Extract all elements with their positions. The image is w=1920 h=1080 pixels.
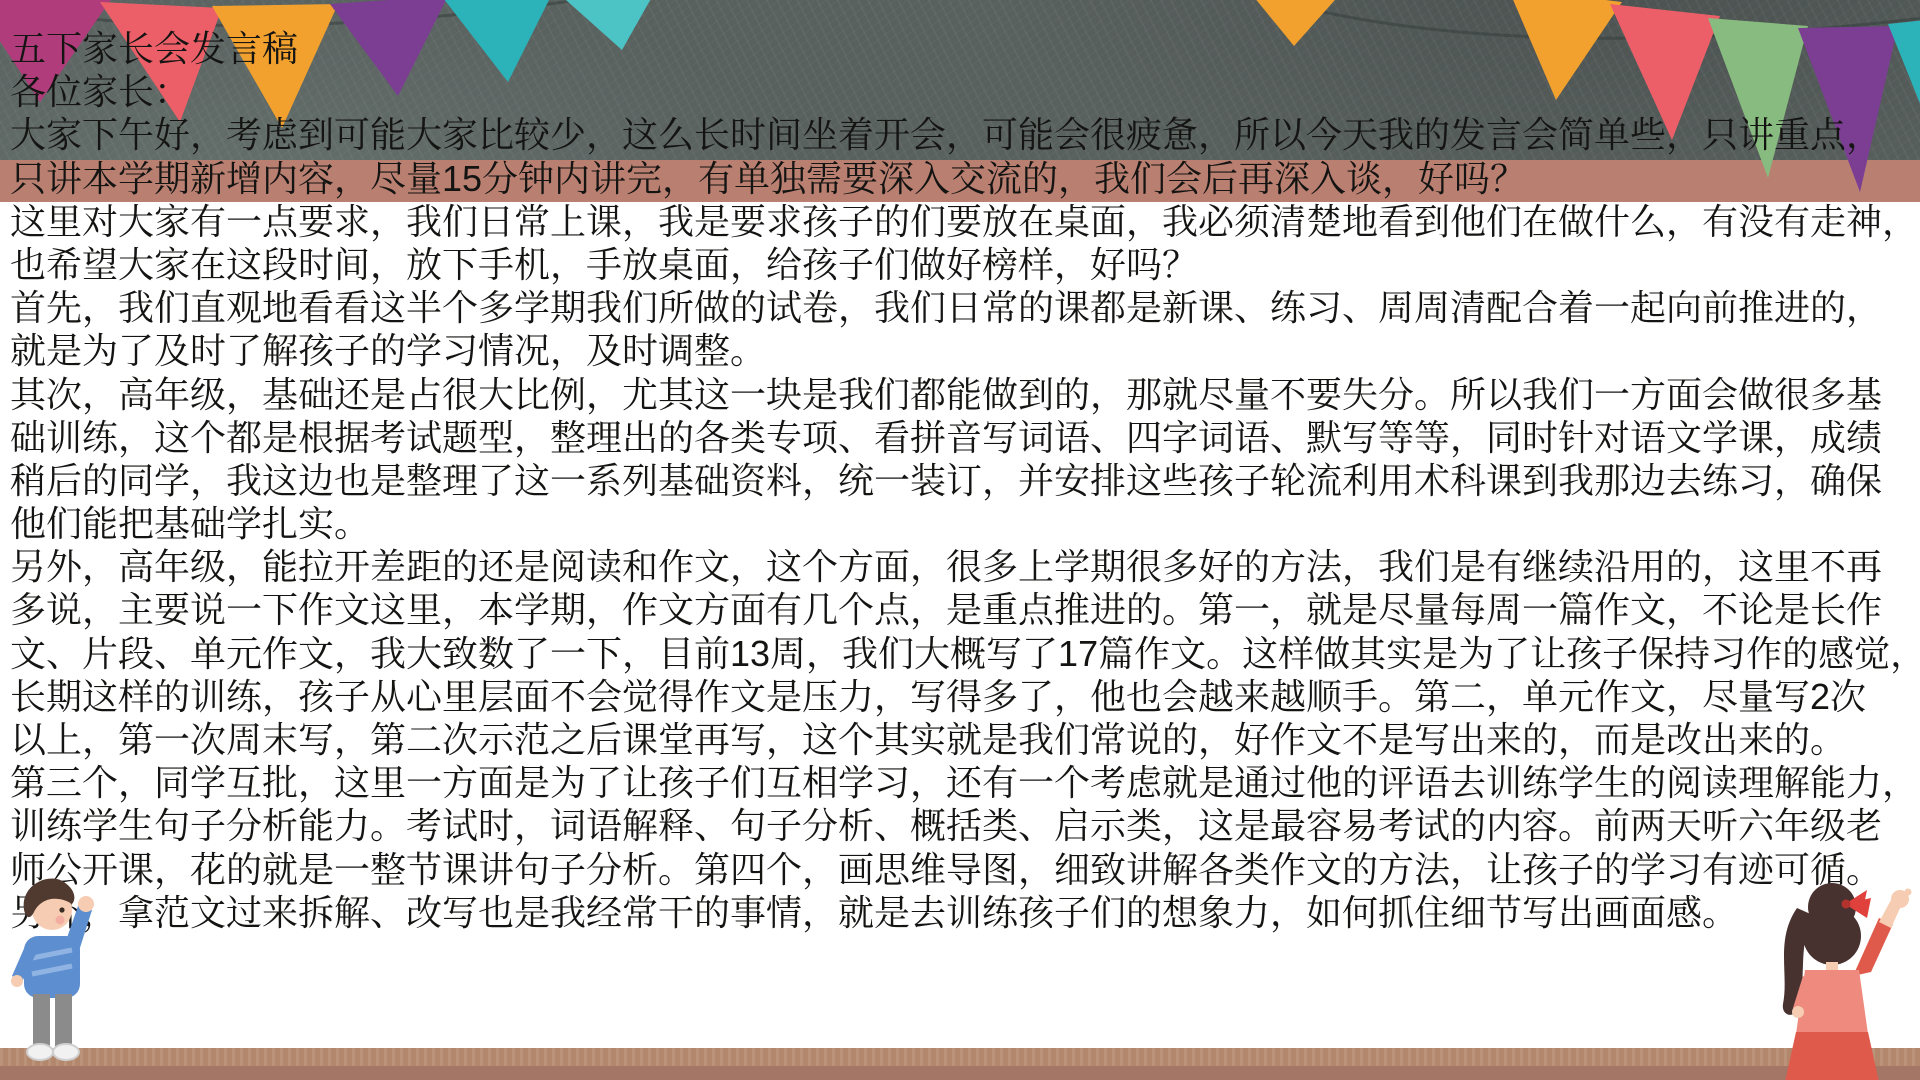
boy-hand: [78, 896, 94, 912]
slide: 五下家长会发言稿 各位家长： 大家下午好，考虑到可能大家比较少，这么长时间坐着开…: [0, 0, 1920, 1080]
highlighted-line: 只讲本学期新增内容，尽量15分钟内讲完，有单独需要深入交流的，我们会后再深入谈，…: [10, 157, 1915, 200]
girl-bow-knot: [1842, 900, 1851, 909]
text-line: 大家下午好，考虑到可能大家比较少，这么长时间坐着开会，可能会很疲惫，所以今天我的…: [10, 113, 1915, 156]
text-line: 另外，拿范文过来拆解、改写也是我经常干的事情，就是去训练孩子们的想象力，如何抓住…: [10, 891, 1915, 934]
text-line: 也希望大家在这段时间，放下手机，手放桌面，给孩子们做好榜样，好吗？: [10, 243, 1915, 286]
text-line: 首先，我们直观地看看这半个多学期我们所做的试卷，我们日常的课都是新课、练习、周周…: [10, 286, 1915, 329]
boy-shoe: [53, 1044, 79, 1060]
boy-shoe: [27, 1044, 53, 1060]
text-line: 以上，第一次周末写，第二次示范之后课堂再写，这个其实就是我们常说的，好作文不是写…: [10, 718, 1915, 761]
boy-eye: [59, 907, 64, 912]
boy-leg: [33, 994, 50, 1048]
floor-strip: [0, 1066, 1920, 1080]
speech-text: 五下家长会发言稿 各位家长： 大家下午好，考虑到可能大家比较少，这么长时间坐着开…: [10, 27, 1915, 934]
girl-illustration: [1735, 882, 1920, 1080]
text-line: 础训练，这个都是根据考试题型，整理出的各类专项、看拼音写词语、四字词语、默写等等…: [10, 416, 1915, 459]
girl-skirt: [1785, 1032, 1879, 1080]
text-line: 多说，主要说一下作文这里，本学期，作文方面有几个点，是重点推进的。第一，就是尽量…: [10, 588, 1915, 631]
text-line: 就是为了及时了解孩子的学习情况，及时调整。: [10, 329, 1915, 372]
boy-illustration: [2, 866, 122, 1078]
text-line: 其次，高年级，基础还是占很大比例，尤其这一块是我们都能做到的，那就尽量不要失分。…: [10, 373, 1915, 416]
text-line: 这里对大家有一点要求，我们日常上课，我是要求孩子的们要放在桌面，我必须清楚地看到…: [10, 200, 1915, 243]
text-line: 另外，高年级，能拉开差距的还是阅读和作文，这个方面，很多上学期很多好的方法，我们…: [10, 545, 1915, 588]
page-title: 五下家长会发言稿: [10, 27, 1915, 70]
text-line: 文、片段、单元作文，我大致数了一下，目前13周，我们大概写了17篇作文。这样做其…: [10, 632, 1915, 675]
girl-left-hand: [1792, 1006, 1804, 1018]
boy-blush: [56, 916, 65, 925]
text-line: 他们能把基础学扎实。: [10, 502, 1915, 545]
text-line: 训练学生句子分析能力。考试时，词语解释、句子分析、概括类、启示类，这是最容易考试…: [10, 804, 1915, 847]
girl-finger: [1905, 889, 1912, 896]
text-line: 长期这样的训练，孩子从心里层面不会觉得作文是压力，写得多了，他也会越来越顺手。第…: [10, 675, 1915, 718]
boy-leg: [55, 994, 72, 1048]
text-line: 第三个，同学互批，这里一方面是为了让孩子们互相学习，还有一个考虑就是通过他的评语…: [10, 761, 1915, 804]
salutation: 各位家长：: [10, 70, 1915, 113]
boy-left-hand: [11, 975, 23, 987]
text-line: 师公开课，花的就是一整节课讲句子分析。第四个，画思维导图，细致讲解各类作文的方法…: [10, 848, 1915, 891]
text-line: 稍后的同学，我这边也是整理了这一系列基础资料，统一装订，并安排这些孩子轮流利用术…: [10, 459, 1915, 502]
board-tray: [0, 1048, 1920, 1066]
